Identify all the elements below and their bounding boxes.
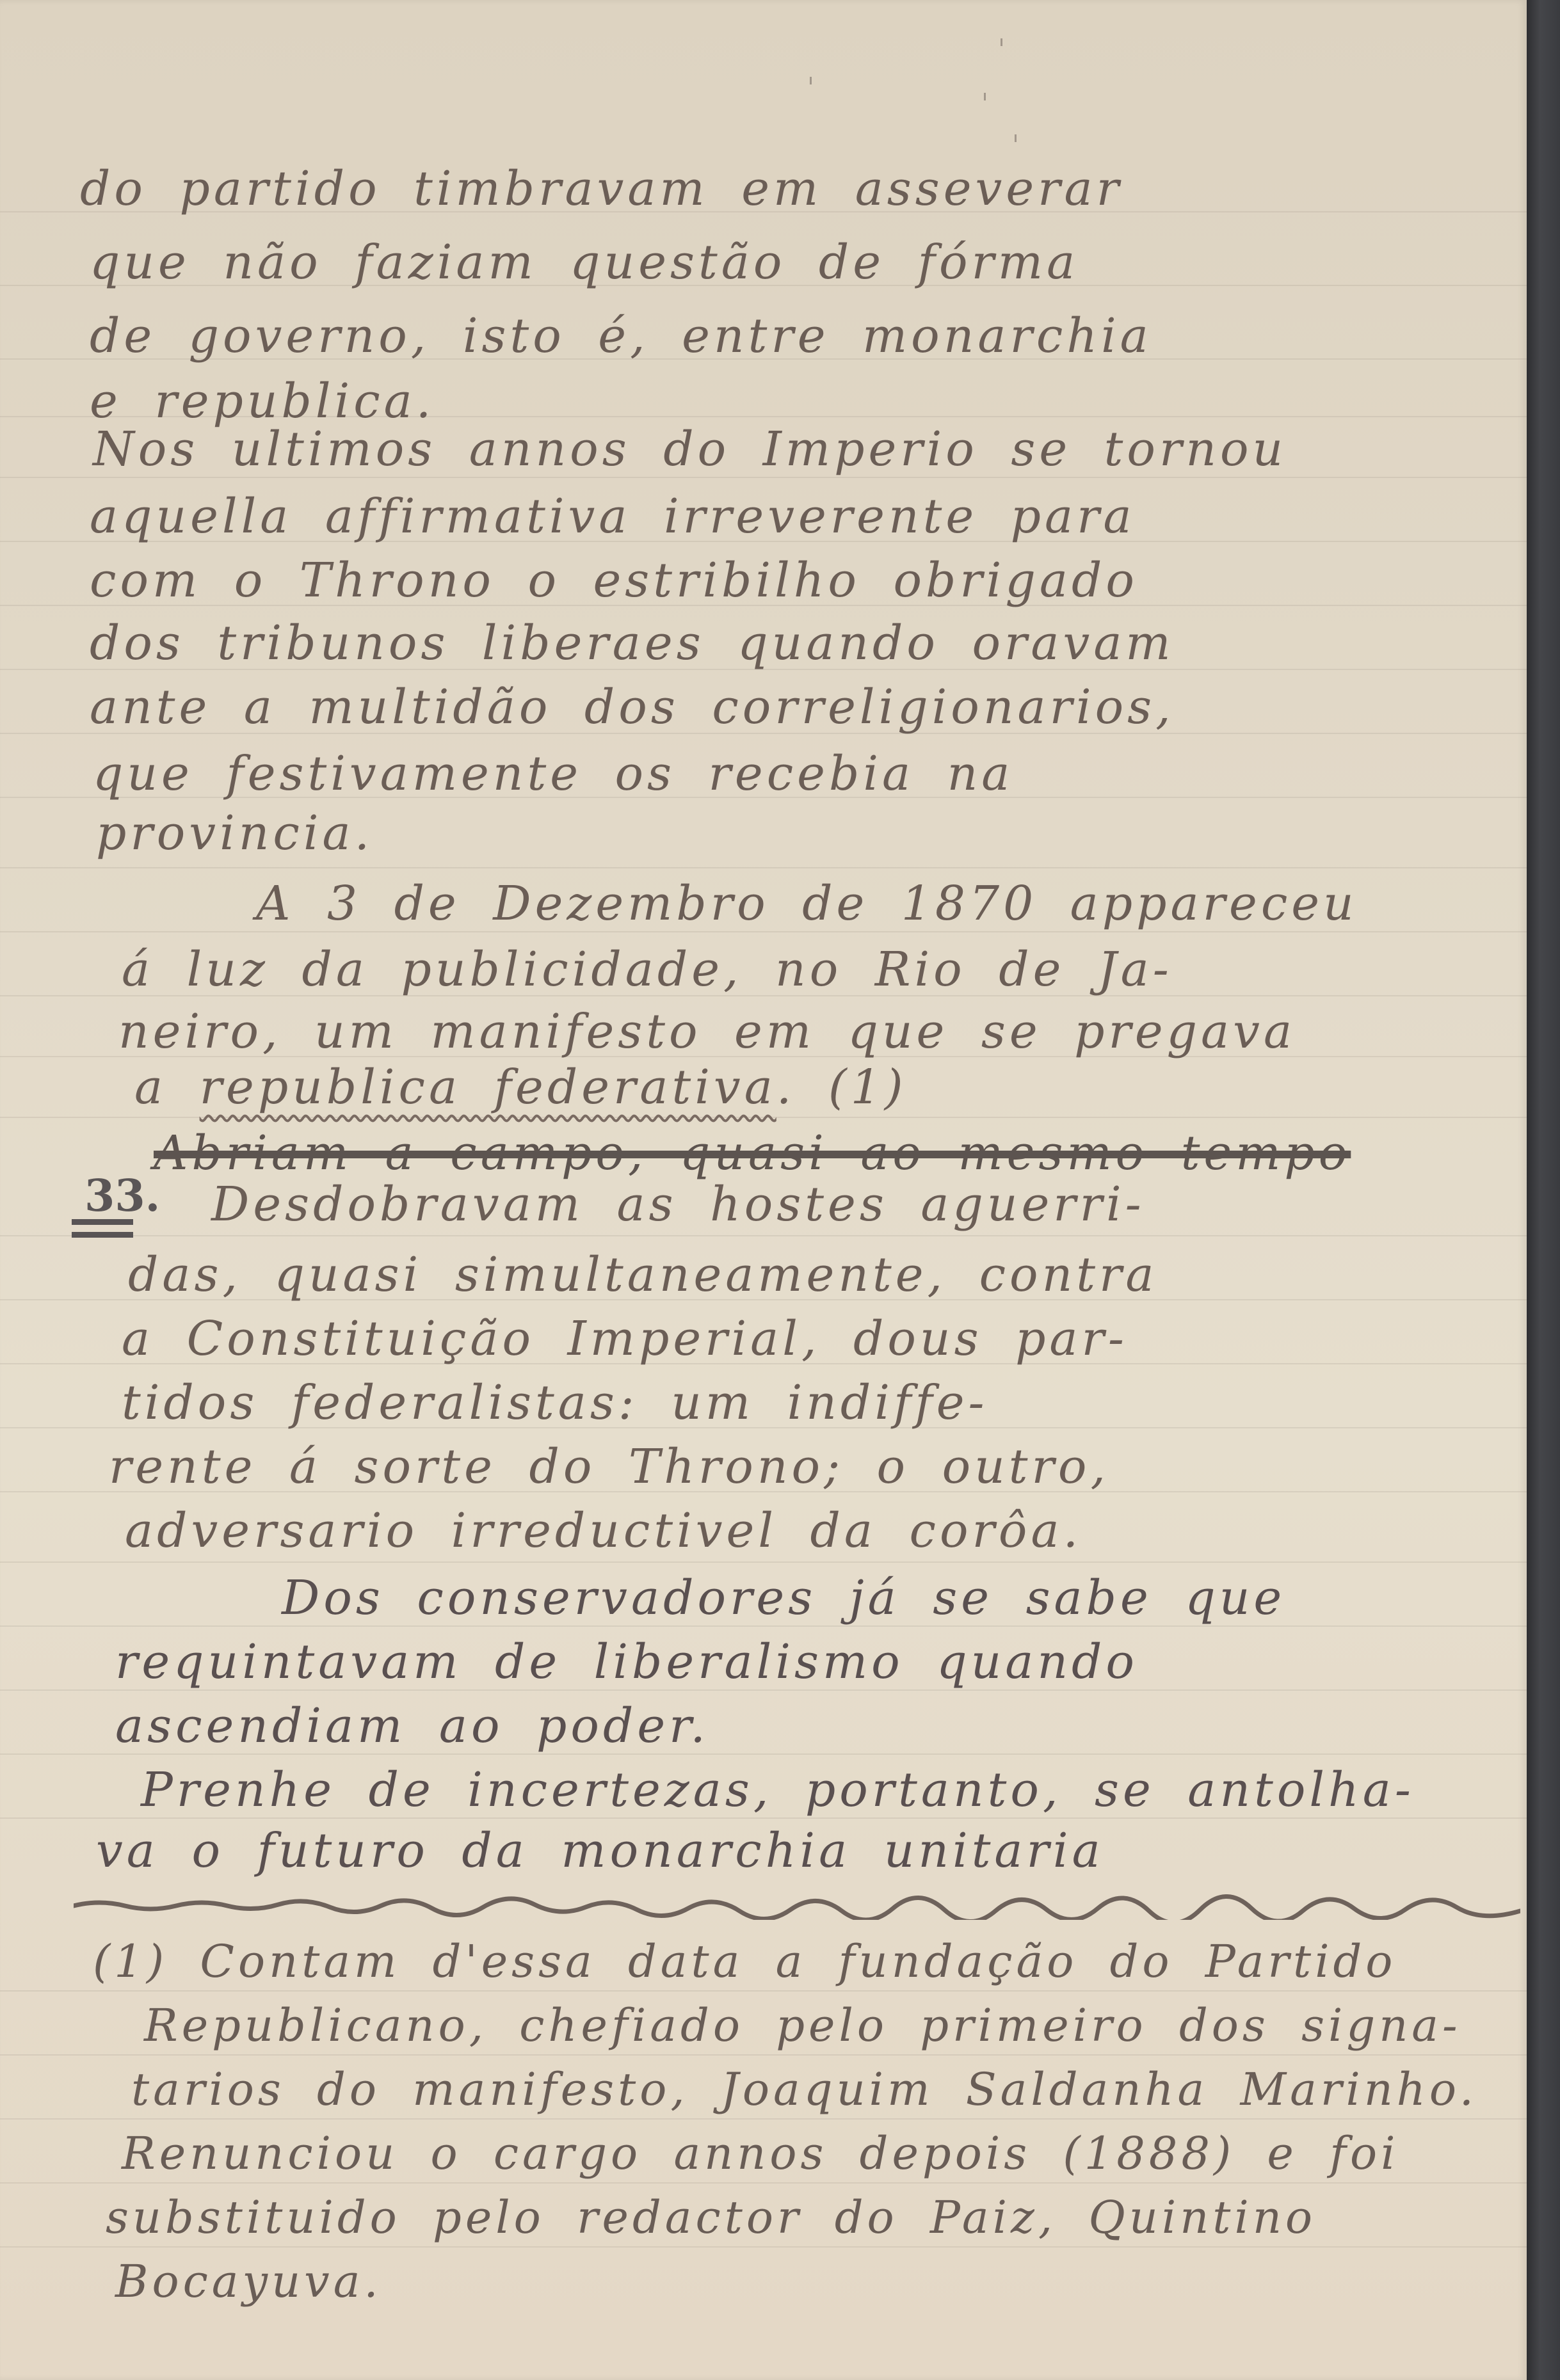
text-line: á luz da publicidade, no Rio de Ja- <box>122 946 1173 993</box>
ink-speck <box>1015 134 1017 142</box>
text-line: que não faziam questão de fórma <box>90 239 1079 286</box>
ruled-line <box>0 1753 1527 1755</box>
ruled-line <box>0 2182 1527 2184</box>
ruled-line <box>0 2054 1527 2056</box>
ruled-line <box>0 931 1527 932</box>
text-line: aquella affirmativa irreverente para <box>90 493 1136 540</box>
text-line: dos tribunos liberaes quando oravam <box>90 619 1175 667</box>
footnote-line: Bocayuva. <box>115 2259 382 2304</box>
text-line: Desdobravam as hostes aguerri- <box>211 1181 1145 1228</box>
ruled-line <box>0 1817 1527 1819</box>
ink-speck <box>1001 38 1002 46</box>
text-line: Prenhe de incertezas, portanto, se antol… <box>141 1766 1415 1814</box>
footnote-line: Republicano, chefiado pelo primeiro dos … <box>144 2003 1461 2048</box>
text-line: adversario irreductivel da corôa. <box>125 1507 1082 1554</box>
text-line: do partido timbravam em asseverar <box>80 165 1123 212</box>
text-line: Nos ultimos annos do Imperio se tornou <box>93 426 1287 473</box>
ruled-line <box>0 2118 1527 2120</box>
ruled-line <box>0 1990 1527 1992</box>
manuscript-page: do partido timbravam em asseverar que nã… <box>0 0 1527 2380</box>
text-line: com o Throno o estribilho obrigado <box>90 557 1138 604</box>
text-line: e republica. <box>90 378 435 425</box>
ruled-line <box>0 1117 1527 1118</box>
text-line: de governo, isto é, entre monarchia <box>90 312 1152 360</box>
text-line: que festivamente os recebia na <box>93 750 1013 797</box>
ruled-line <box>0 867 1527 868</box>
ruled-line <box>0 1561 1527 1563</box>
ruled-line <box>0 2246 1527 2248</box>
text-line: ante a multidão dos correligionarios, <box>90 683 1175 731</box>
footnote-separator <box>74 1894 1520 1920</box>
ink-speck <box>984 93 986 100</box>
footnote-line: Renunciou o cargo annos depois (1888) e … <box>122 2131 1399 2176</box>
ruled-line <box>0 1689 1527 1691</box>
footnote-line: substituido pelo redactor do Paiz, Quint… <box>106 2195 1316 2240</box>
text-line: neiro, um manifesto em que se pregava <box>118 1008 1296 1055</box>
text-line: Dos conservadores já se sabe que <box>282 1574 1285 1622</box>
section-number-double-underline <box>72 1219 133 1243</box>
text-line-with-underline: a republica federativa. (1) <box>134 1064 907 1111</box>
text-line: requintavam de liberalismo quando <box>115 1638 1138 1686</box>
text-line: A 3 de Dezembro de 1870 appareceu <box>256 880 1358 927</box>
section-number: 33. <box>84 1174 160 1218</box>
ruled-line <box>0 477 1527 478</box>
struck-out-line: Abriam a campo, quasi ao mesmo tempo <box>154 1130 1351 1177</box>
text-line: ascendiam ao poder. <box>115 1702 709 1750</box>
underlined-phrase: republica federativa <box>200 1060 776 1115</box>
text-line: a Constituição Imperial, dous par- <box>122 1315 1128 1362</box>
text-line: rente á sorte do Throno; o outro, <box>109 1443 1109 1490</box>
ruled-line <box>0 1235 1527 1236</box>
text-prefix: a <box>134 1060 166 1115</box>
text-line: va o futuro da monarchia unitaria <box>96 1827 1104 1874</box>
text-line: tidos federalistas: um indiffe- <box>122 1379 988 1426</box>
ink-speck <box>810 77 812 84</box>
text-line: provincia. <box>96 810 373 857</box>
footnote-reference: . (1) <box>776 1060 907 1115</box>
footnote-line: (1) Contam d'essa data a fundação do Par… <box>93 1939 1396 1984</box>
book-binding-edge <box>1527 0 1560 2380</box>
ruled-line <box>0 1625 1527 1627</box>
text-line: das, quasi simultaneamente, contra <box>128 1251 1157 1298</box>
footnote-line: tarios do manifesto, Joaquim Saldanha Ma… <box>131 2067 1477 2112</box>
